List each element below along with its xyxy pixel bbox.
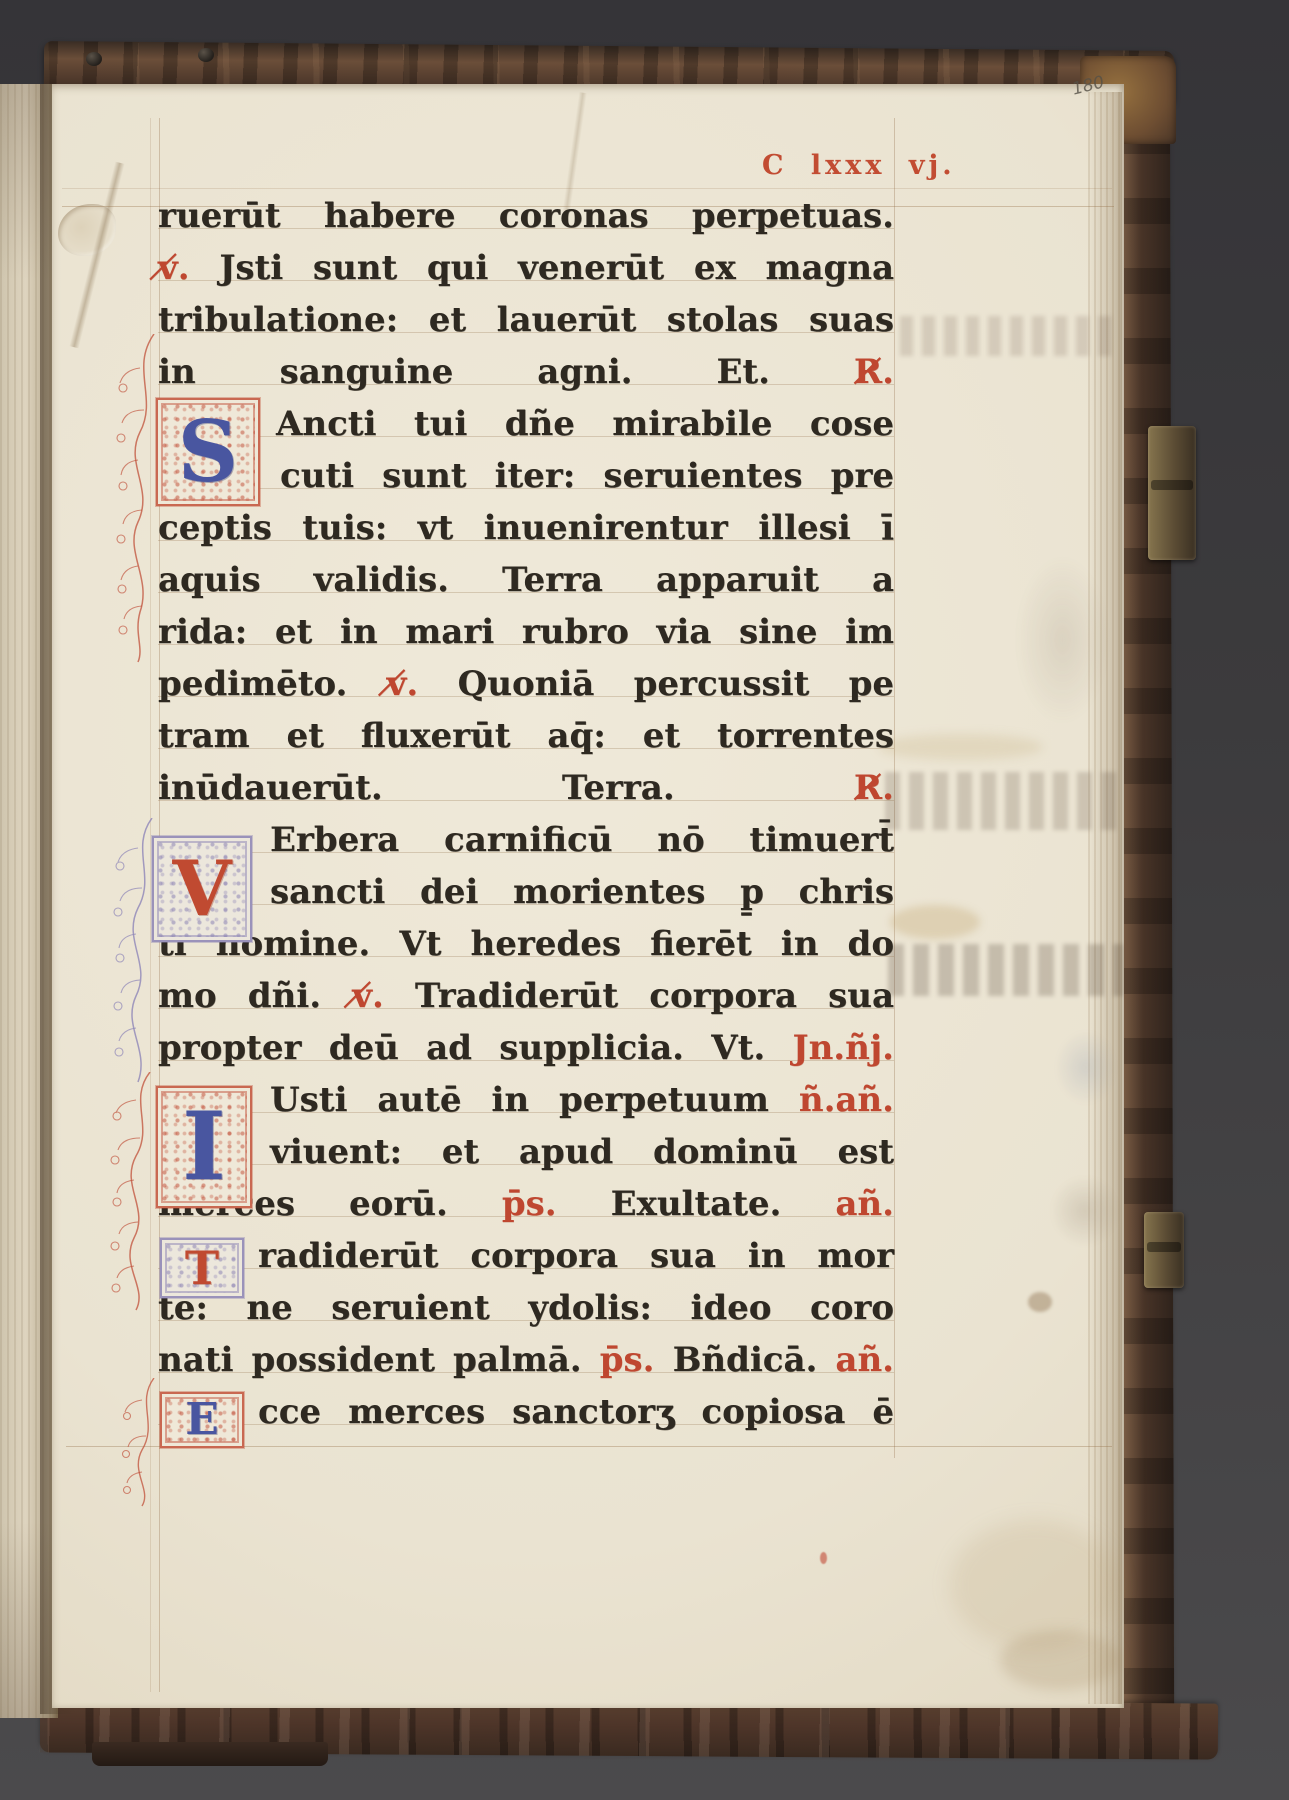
illuminated-initial-e: E bbox=[160, 1392, 244, 1448]
stain bbox=[878, 734, 1043, 760]
initial-letter: V bbox=[173, 851, 232, 927]
body-text: cce merces sanctorʒ copiosa ē bbox=[258, 1392, 894, 1432]
text-block: ruerūt habere coronas perpetuas.v̸. Jsti… bbox=[158, 190, 894, 1438]
body-text: ceptis tuis: vt inuenirentur illesi ī bbox=[158, 508, 894, 548]
body-text: nati possident palmā. bbox=[158, 1340, 582, 1380]
rubric-text: R̸. bbox=[854, 352, 894, 392]
book-cover-fore-edge bbox=[1118, 58, 1174, 1738]
penwork-spray-red bbox=[118, 1378, 162, 1508]
body-text: viuent: et apud dominū est bbox=[270, 1132, 894, 1172]
penwork-spray-red bbox=[104, 1072, 160, 1312]
rubric-text: R̸. bbox=[854, 768, 894, 808]
cover-bottom-flap bbox=[92, 1742, 328, 1766]
body-text: inūdauerūt. Terra. bbox=[158, 768, 675, 808]
text-line-14: sancti dei morientes p̱ chris bbox=[158, 866, 894, 918]
text-line-8: aquis validis. Terra apparuit a bbox=[158, 554, 894, 606]
text-line-3: tribulatione: et lauerūt stolas suas bbox=[158, 294, 894, 346]
show-through bbox=[1055, 1030, 1117, 1105]
rubric-text: v̸. bbox=[158, 248, 190, 288]
stain bbox=[1028, 1292, 1052, 1312]
rubric-text: v̸. bbox=[387, 664, 419, 704]
body-text: tram et fluxerūt aq̄: et torrentes bbox=[158, 716, 894, 756]
body-text: Bñdicā. bbox=[673, 1340, 818, 1380]
text-line-24: cce merces sanctorʒ copiosa ē bbox=[158, 1386, 894, 1438]
rubric-text: añ. bbox=[835, 1184, 894, 1224]
rubric-text: p̄s. bbox=[600, 1340, 655, 1380]
text-line-18: Usti autē in perpetuum ñ.añ. bbox=[158, 1074, 894, 1126]
illuminated-initial-i: I bbox=[156, 1086, 252, 1208]
text-line-19: viuent: et apud dominū est bbox=[158, 1126, 894, 1178]
text-line-23: nati possident palmā. p̄s. Bñdicā. añ. bbox=[158, 1334, 894, 1386]
rubric-text: Jn.ñj. bbox=[793, 1028, 895, 1068]
text-line-10: pedimēto. v̸. Quoniā percussit pe bbox=[158, 658, 894, 710]
show-through bbox=[1050, 1175, 1120, 1247]
body-text: te: ne seruient ydolis: ideo coro bbox=[158, 1288, 894, 1328]
cover-nail-boss bbox=[198, 48, 214, 62]
body-text: Exultate. bbox=[611, 1184, 782, 1224]
initial-letter: S bbox=[178, 410, 239, 494]
body-text: tribulatione: et lauerūt stolas suas bbox=[158, 300, 894, 340]
show-through bbox=[888, 944, 1123, 996]
text-line-13: Erbera carnificū nō timuert̄ bbox=[158, 814, 894, 866]
rubric-text: ñ.añ. bbox=[799, 1080, 894, 1120]
text-line-21: radiderūt corpora sua in mor bbox=[158, 1230, 894, 1282]
text-line-6: cuti sunt iter: seruientes pre bbox=[158, 450, 894, 502]
rubric-text: añ. bbox=[835, 1340, 894, 1380]
show-through bbox=[1015, 555, 1110, 725]
body-text: cuti sunt iter: seruientes pre bbox=[280, 456, 894, 496]
red-fleck bbox=[820, 1552, 827, 1564]
illuminated-initial-v: V bbox=[152, 836, 252, 942]
body-text: ti nomine. Vt heredes fierēt in do bbox=[158, 924, 894, 964]
body-text: sancti dei morientes p̱ chris bbox=[270, 872, 894, 912]
body-text: Quoniā percussit pe bbox=[458, 664, 894, 704]
body-text: mo dñi. bbox=[158, 976, 321, 1016]
show-through bbox=[885, 772, 1125, 830]
folio-number: C lxxx vj. bbox=[762, 150, 956, 181]
text-line-20: merces eorū. p̄s. Exultate. añ. bbox=[158, 1178, 894, 1230]
cover-nail-boss bbox=[86, 52, 102, 66]
body-text: Erbera carnificū nō timuert̄ bbox=[270, 820, 894, 860]
body-text: Jsti sunt qui venerūt ex magna bbox=[219, 248, 894, 288]
text-line-16: mo dñi. v̸. Tradiderūt corpora sua bbox=[158, 970, 894, 1022]
rubric-text: p̄s. bbox=[502, 1184, 557, 1224]
metal-clasp-upper bbox=[1148, 426, 1196, 560]
illuminated-initial-s: S bbox=[156, 398, 260, 506]
rubric-text: v̸. bbox=[352, 976, 384, 1016]
stain bbox=[950, 1520, 1120, 1650]
stain bbox=[890, 905, 980, 939]
body-text: propter deū ad supplicia. Vt. bbox=[158, 1028, 765, 1068]
body-text: pedimēto. bbox=[158, 664, 347, 704]
text-line-5: Ancti tui dñe mirabile cose bbox=[158, 398, 894, 450]
text-line-15: ti nomine. Vt heredes fierēt in do bbox=[158, 918, 894, 970]
text-line-1: ruerūt habere coronas perpetuas. bbox=[158, 190, 894, 242]
text-line-11: tram et fluxerūt aq̄: et torrentes bbox=[158, 710, 894, 762]
metal-clasp-lower bbox=[1144, 1212, 1184, 1288]
show-through bbox=[900, 316, 1115, 356]
text-line-22: te: ne seruient ydolis: ideo coro bbox=[158, 1282, 894, 1334]
ruling-line bbox=[62, 188, 1112, 189]
text-line-4: in sanguine agni. Et. R̸. bbox=[158, 346, 894, 398]
body-text: Ancti tui dñe mirabile cose bbox=[276, 404, 894, 444]
body-text: Usti autē in perpetuum bbox=[270, 1080, 769, 1120]
text-line-9: rida: et in mari rubro via sine im bbox=[158, 606, 894, 658]
body-text: radiderūt corpora sua in mor bbox=[258, 1236, 894, 1276]
text-line-7: ceptis tuis: vt inuenirentur illesi ī bbox=[158, 502, 894, 554]
initial-letter: E bbox=[185, 1398, 219, 1442]
body-text: rida: et in mari rubro via sine im bbox=[158, 612, 894, 652]
photograph-of-manuscript: C lxxx vj. 180 bbox=[0, 0, 1289, 1800]
initial-letter: T bbox=[185, 1245, 219, 1291]
illuminated-initial-t: T bbox=[160, 1238, 244, 1298]
text-line-2: v̸. Jsti sunt qui venerūt ex magna bbox=[158, 242, 894, 294]
stain bbox=[1000, 1630, 1120, 1690]
body-text: in sanguine agni. Et. bbox=[158, 352, 770, 392]
body-text: Tradiderūt corpora sua bbox=[415, 976, 894, 1016]
text-line-12: inūdauerūt. Terra. R̸. bbox=[158, 762, 894, 814]
body-text: ruerūt habere coronas perpetuas. bbox=[158, 196, 894, 236]
body-text: aquis validis. Terra apparuit a bbox=[158, 560, 894, 600]
initial-letter: I bbox=[182, 1100, 226, 1194]
text-line-17: propter deū ad supplicia. Vt. Jn.ñj. bbox=[158, 1022, 894, 1074]
